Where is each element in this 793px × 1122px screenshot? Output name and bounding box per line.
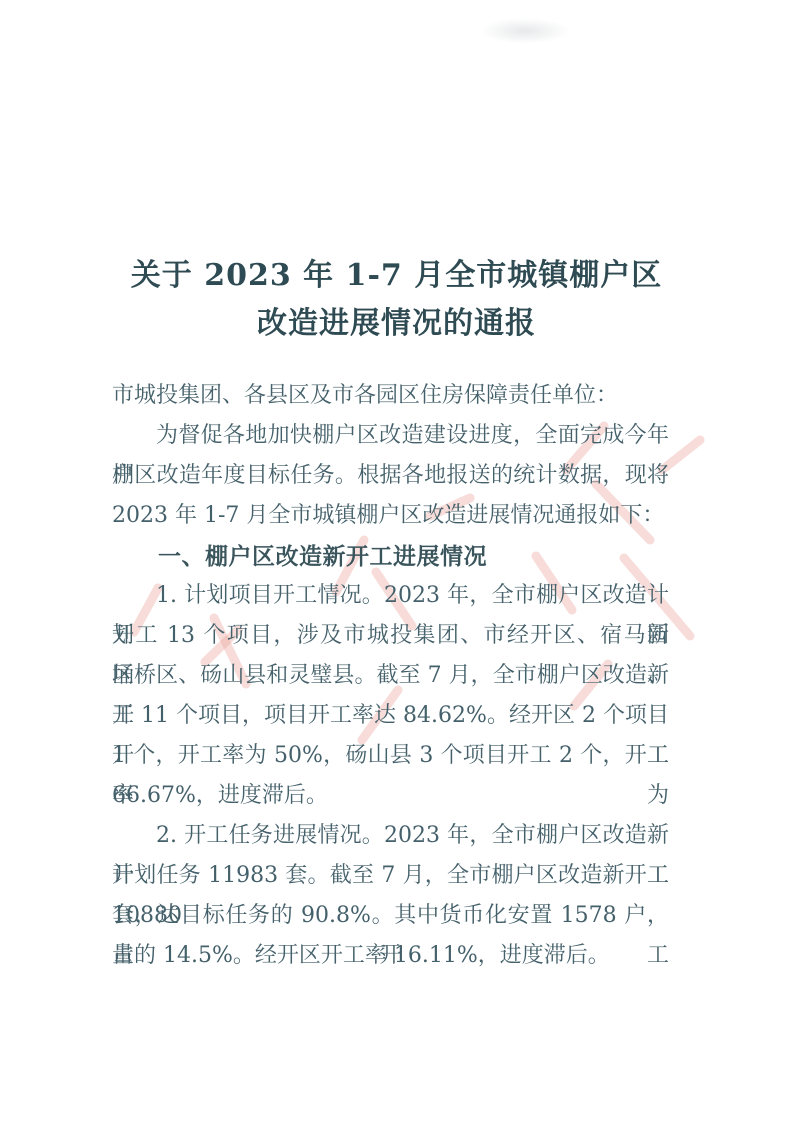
- document-line: 计划任务 11983 套。截至 7 月，全市棚户区改造新开工 10880: [112, 856, 669, 896]
- document-title: 关于 2023 年 1-7 月全市城镇棚户区 改造进展情况的通报: [0, 252, 793, 348]
- document-body: 市城投集团、各县区及市各园区住房保障责任单位：为督促各地加快棚户区改造建设进度，…: [112, 376, 669, 976]
- document-line: 套，达目标任务的 90.8%。其中货币化安置 1578 户，占开工: [112, 896, 669, 936]
- section-heading: 一、棚户区改造新开工进展情况: [112, 536, 669, 576]
- document-line: 1. 计划项目开工情况。2023 年，全市棚户区改造计划新: [112, 576, 669, 616]
- document-line: 开工 13 个项目，涉及市城投集团、市经开区、宿马园区、: [112, 616, 669, 656]
- scan-artifact: [480, 18, 570, 44]
- document-title-line2: 改造进展情况的通报: [0, 300, 793, 348]
- document-line: 量的 14.5%。经开区开工率 16.11%，进度滞后。: [112, 936, 669, 976]
- document-line: 市城投集团、各县区及市各园区住房保障责任单位：: [112, 376, 669, 416]
- document-line: 工 11 个项目，项目开工率达 84.62%。经开区 2 个项目开工: [112, 696, 669, 736]
- document-page: 关于 2023 年 1-7 月全市城镇棚户区 改造进展情况的通报 市城投集团、各…: [0, 0, 793, 1122]
- document-line: 1 个，开工率为 50%，砀山县 3 个项目开工 2 个，开工率为: [112, 736, 669, 776]
- document-line: 为督促各地加快棚户区改造建设进度，全面完成今年棚: [112, 416, 669, 456]
- document-line: 2. 开工任务进展情况。2023 年，全市棚户区改造新开工: [112, 816, 669, 856]
- document-line: 2023 年 1-7 月全市城镇棚户区改造进展情况通报如下：: [112, 496, 669, 536]
- document-title-line1: 关于 2023 年 1-7 月全市城镇棚户区: [0, 252, 793, 300]
- document-line: 埇桥区、砀山县和灵璧县。截至 7 月，全市棚户区改造新开: [112, 656, 669, 696]
- document-line: 户区改造年度目标任务。根据各地报送的统计数据，现将: [112, 456, 669, 496]
